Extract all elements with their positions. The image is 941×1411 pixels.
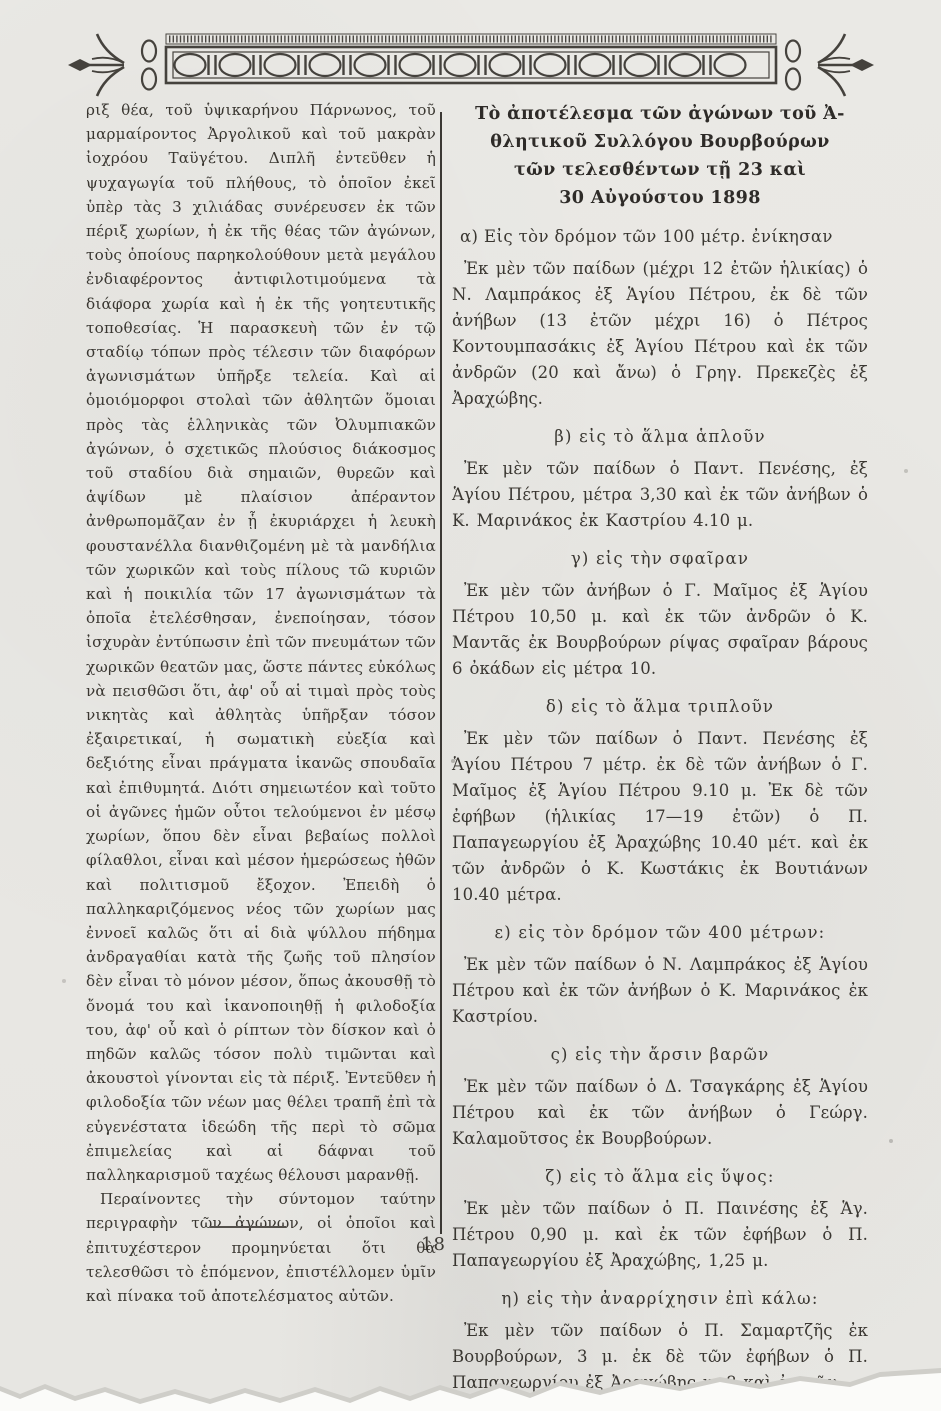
section-body: Ἐκ μὲν τῶν παίδων (μέχρι 12 ἐτῶν ἡλικίας… <box>452 256 868 412</box>
section-heading: α) Εἰς τὸν δρόμον τῶν 100 μέτρ. ἐνίκησαν <box>452 225 868 249</box>
section-heading: ζ) εἰς τὸ ἅλμα εἰς ὕψος: <box>452 1165 868 1189</box>
section-heading: δ) εἰς τὸ ἅλμα τριπλοῦν <box>452 695 868 719</box>
left-column: ριξ θέα, τοῦ ὑψικαρήνου Πάρνωνος, τοῦ μα… <box>86 98 436 1308</box>
scan-speckles <box>0 0 2 2</box>
right-column: Τὸ ἀποτέλεσμα τῶν ἀγώνων τοῦ Ἀ- θλητικοῦ… <box>452 100 868 1396</box>
result-section-stigma: ς) εἰς τὴν ἄρσιν βαρῶν Ἐκ μὲν τῶν παίδων… <box>452 1043 868 1152</box>
bead-and-reel-header-ornament <box>66 24 876 100</box>
result-section-alpha: α) Εἰς τὸν δρόμον τῶν 100 μέτρ. ἐνίκησαν… <box>452 225 868 412</box>
page-number: 18 <box>421 1234 446 1255</box>
section-body: Ἐκ μὲν τῶν παίδων ὁ Ν. Λαμπράκος ἐξ Ἁγίο… <box>452 952 868 1030</box>
article-title-line: Τὸ ἀποτέλεσμα τῶν ἀγώνων τοῦ Ἀ- <box>452 100 868 128</box>
closing-paragraph: Περαίνοντες τὴν σύντομον ταύτην περιγραφ… <box>86 1187 436 1308</box>
article-title-line: θλητικοῦ Συλλόγου Βουρβούρων <box>452 128 868 156</box>
article-title: Τὸ ἀποτέλεσμα τῶν ἀγώνων τοῦ Ἀ- θλητικοῦ… <box>452 100 868 212</box>
section-body: Ἐκ μὲν τῶν παίδων ὁ Παντ. Πενέσης, ἐξ Ἁγ… <box>452 456 868 534</box>
article-title-line: 30 Αὐγούστου 1898 <box>452 184 868 212</box>
result-section-beta: β) εἰς τὸ ἅλμα ἁπλοῦν Ἐκ μὲν τῶν παίδων … <box>452 425 868 534</box>
article-end-rule <box>210 1226 286 1228</box>
section-body: Ἐκ μὲν τῶν παίδων ὁ Π. Παινέσης ἐξ Ἁγ. Π… <box>452 1196 868 1274</box>
result-section-epsilon: ε) εἰς τὸν δρόμον τῶν 400 μέτρων: Ἐκ μὲν… <box>452 921 868 1030</box>
section-heading: γ) εἰς τὴν σφαῖραν <box>452 547 868 571</box>
section-heading: ς) εἰς τὴν ἄρσιν βαρῶν <box>452 1043 868 1067</box>
article-title-line: τῶν τελεσθέντων τῇ 23 καὶ <box>452 156 868 184</box>
column-divider-rule <box>440 112 442 1234</box>
scanned-page: ριξ θέα, τοῦ ὑψικαρήνου Πάρνωνος, τοῦ μα… <box>0 0 941 1411</box>
result-section-gamma: γ) εἰς τὴν σφαῖραν Ἐκ μὲν τῶν ἀνήβων ὁ Γ… <box>452 547 868 682</box>
section-body: Ἐκ μὲν τῶν παίδων ὁ Δ. Τσαγκάρης ἐξ Ἁγίο… <box>452 1074 868 1152</box>
section-heading: ε) εἰς τὸν δρόμον τῶν 400 μέτρων: <box>452 921 868 945</box>
section-heading: β) εἰς τὸ ἅλμα ἁπλοῦν <box>452 425 868 449</box>
section-heading: η) εἰς τὴν ἀναρρίχησιν ἐπὶ κάλω: <box>452 1287 868 1311</box>
section-body: Ἐκ μὲν τῶν ἀνήβων ὁ Γ. Μαῖμος ἐξ Ἁγίου Π… <box>452 578 868 682</box>
result-section-zeta: ζ) εἰς τὸ ἅλμα εἰς ὕψος: Ἐκ μὲν τῶν παίδ… <box>452 1165 868 1274</box>
section-body: Ἐκ μὲν τῶν παίδων ὁ Παντ. Πενέσης ἐξ Ἁγί… <box>452 726 868 908</box>
result-section-delta: δ) εἰς τὸ ἅλμα τριπλοῦν Ἐκ μὲν τῶν παίδω… <box>452 695 868 908</box>
body-paragraph: ριξ θέα, τοῦ ὑψικαρήνου Πάρνωνος, τοῦ μα… <box>86 98 436 1187</box>
